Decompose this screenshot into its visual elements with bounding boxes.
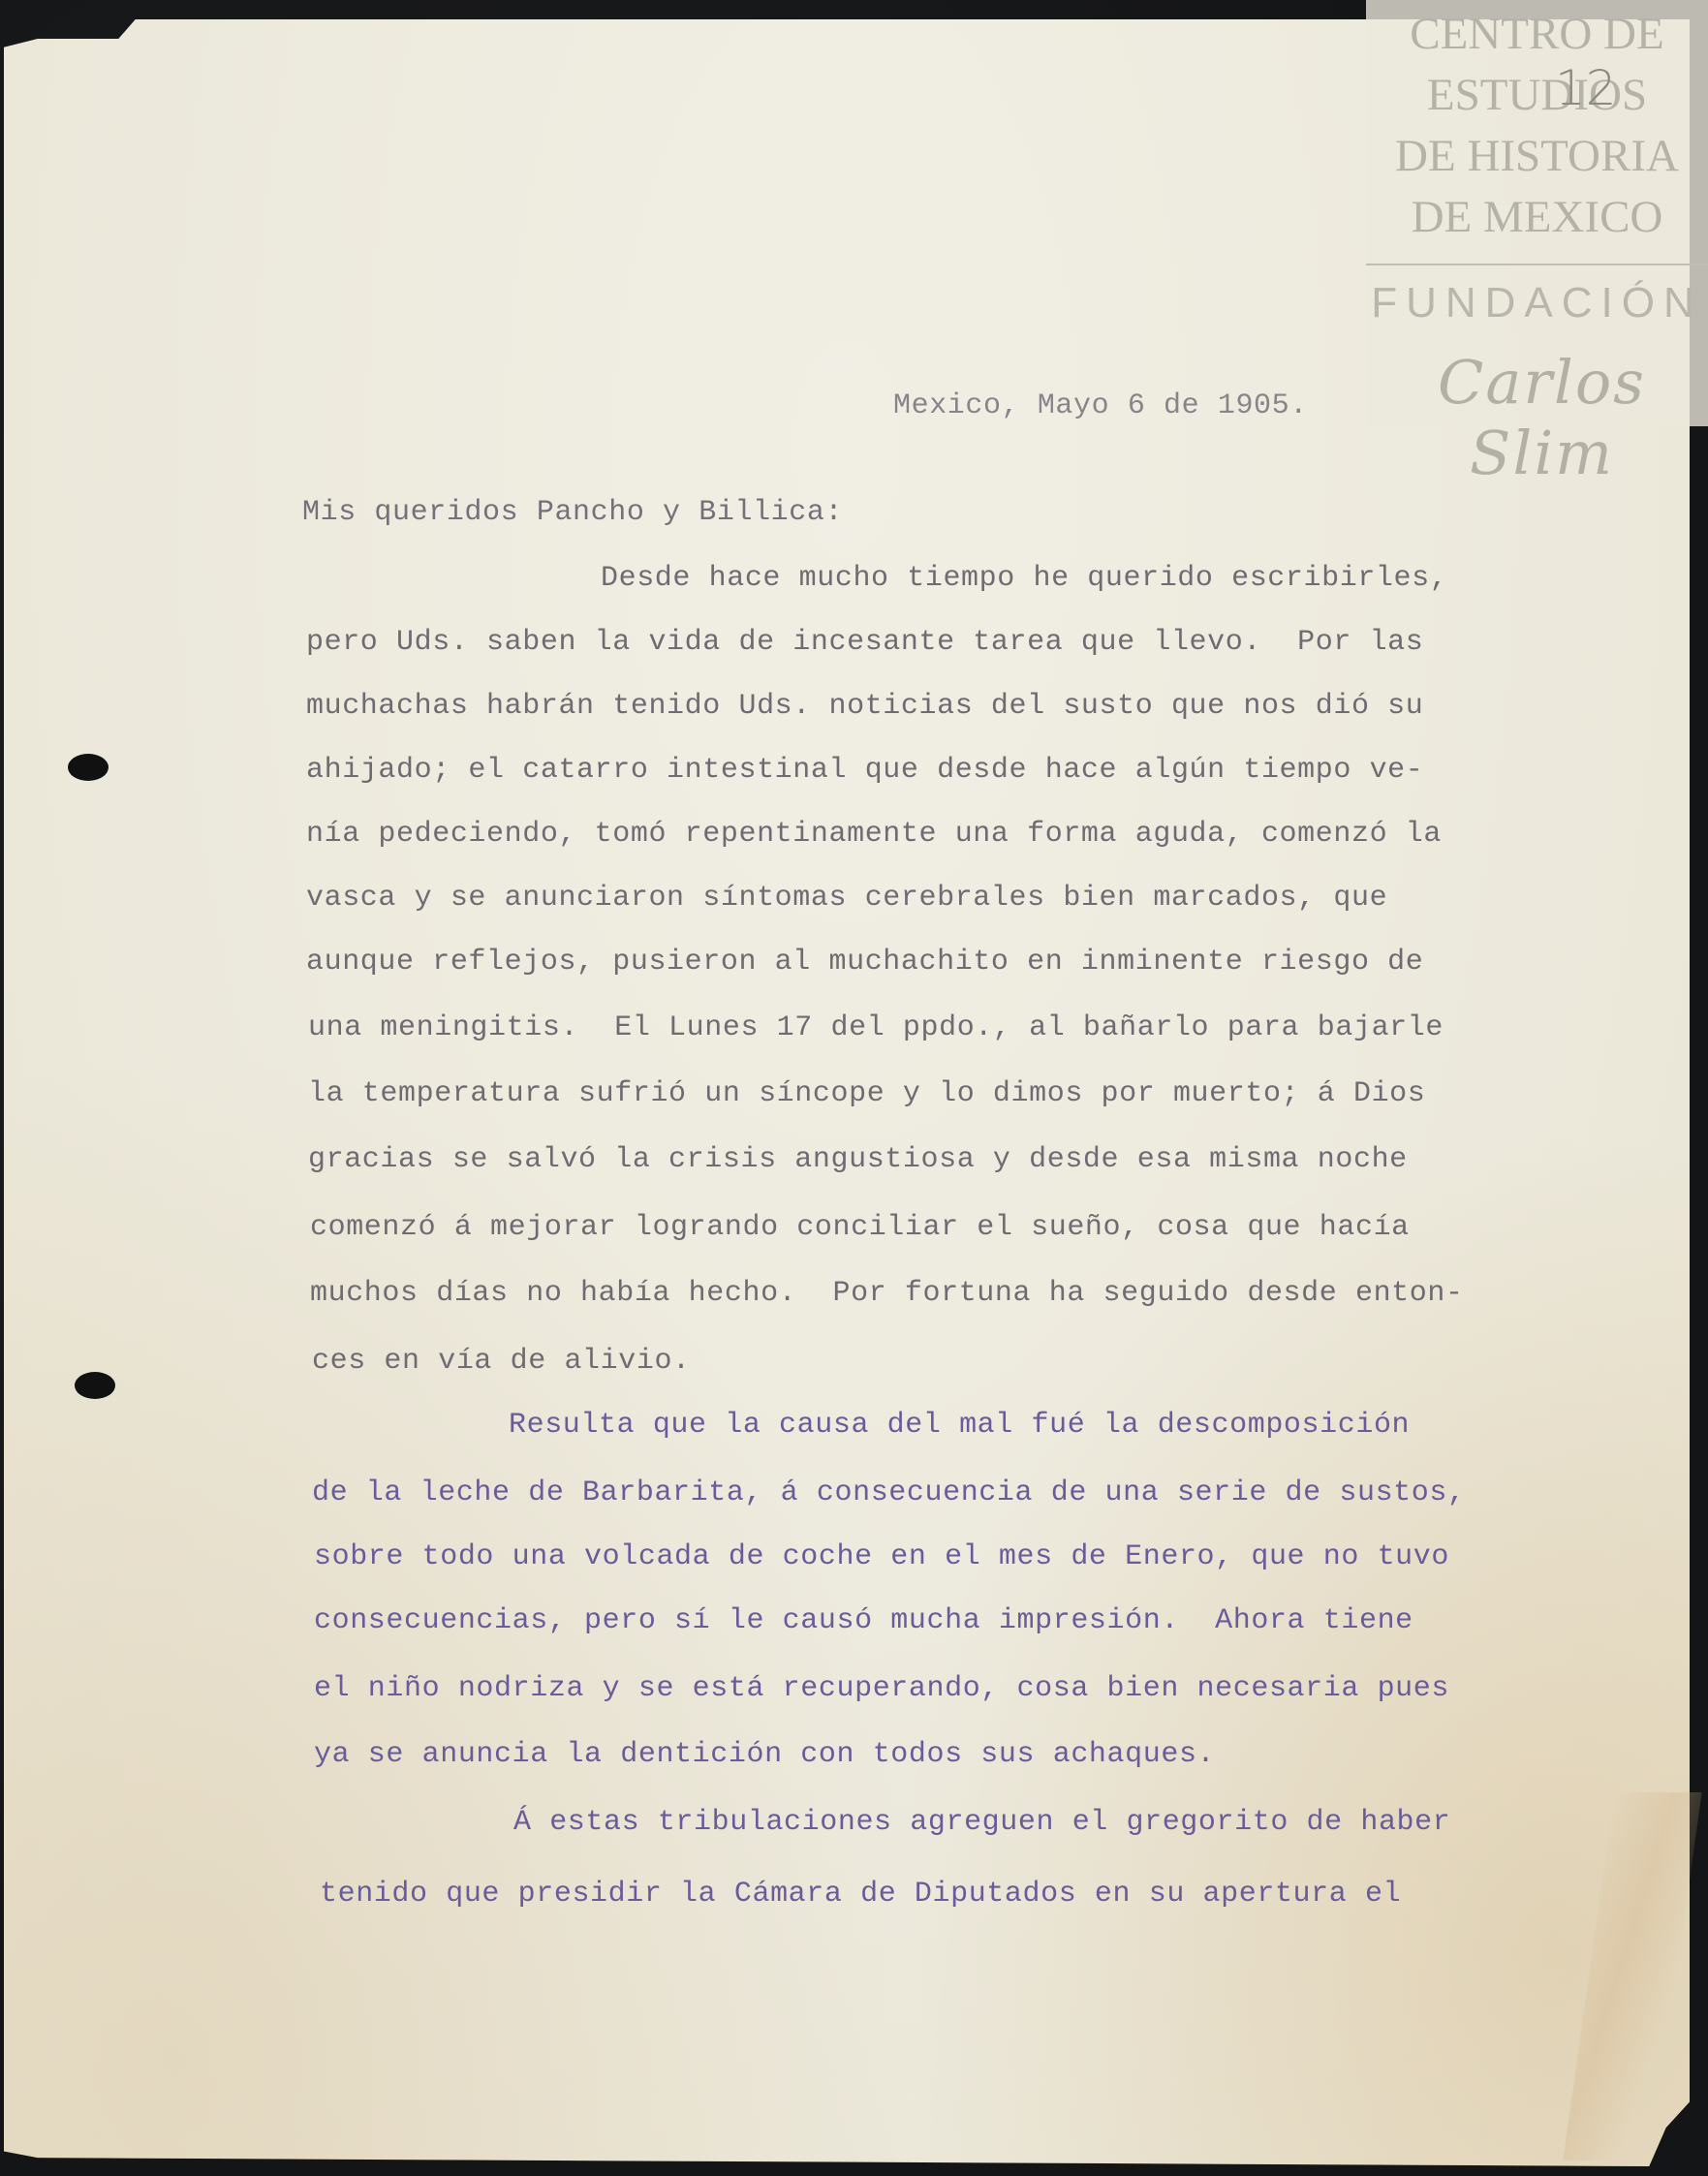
letter-line: nía pedeciendo, tomó repentinamente una … [306, 818, 1442, 851]
letter-line: vasca y se anunciaron síntomas cerebrale… [306, 882, 1387, 915]
letter-line: ces en vía de alivio. [312, 1345, 691, 1378]
letter-line: muchos días no había hecho. Por fortuna … [310, 1277, 1464, 1310]
letter-line: aunque reflejos, pusieron al muchachito … [306, 946, 1423, 979]
letter-line: tenido que presidir la Cámara de Diputad… [320, 1878, 1401, 1911]
letter-line: gracias se salvó la crisis angustiosa y … [308, 1143, 1408, 1176]
letter-line: el niño nodriza y se está recuperando, c… [314, 1672, 1449, 1705]
letter-salutation: Mis queridos Pancho y Billica: [302, 496, 843, 529]
letter-line: ahijado; el catarro intestinal que desde… [306, 754, 1423, 787]
letter-line: la temperatura sufrió un síncope y lo di… [308, 1077, 1425, 1110]
letter-body: Mexico, Mayo 6 de 1905. Mis queridos Pan… [0, 0, 1708, 2176]
letter-date: Mexico, Mayo 6 de 1905. [893, 389, 1308, 422]
letter-line: Á estas tribulaciones agreguen el gregor… [513, 1806, 1450, 1839]
letter-line: de la leche de Barbarita, á consecuencia… [312, 1477, 1466, 1509]
letter-line: una meningitis. El Lunes 17 del ppdo., a… [308, 1011, 1444, 1044]
letter-line: muchachas habrán tenido Uds. noticias de… [306, 690, 1423, 723]
letter-line: Resulta que la causa del mal fué la desc… [509, 1409, 1410, 1442]
letter-line: sobre todo una volcada de coche en el me… [314, 1540, 1449, 1573]
letter-line: comenzó á mejorar logrando conciliar el … [310, 1211, 1410, 1244]
letter-line: pero Uds. saben la vida de incesante tar… [306, 626, 1423, 659]
letter-line: Desde hace mucho tiempo he querido escri… [601, 562, 1447, 595]
letter-line: ya se anuncia la dentición con todos sus… [314, 1738, 1215, 1771]
letter-line: consecuencias, pero sí le causó mucha im… [314, 1604, 1413, 1637]
